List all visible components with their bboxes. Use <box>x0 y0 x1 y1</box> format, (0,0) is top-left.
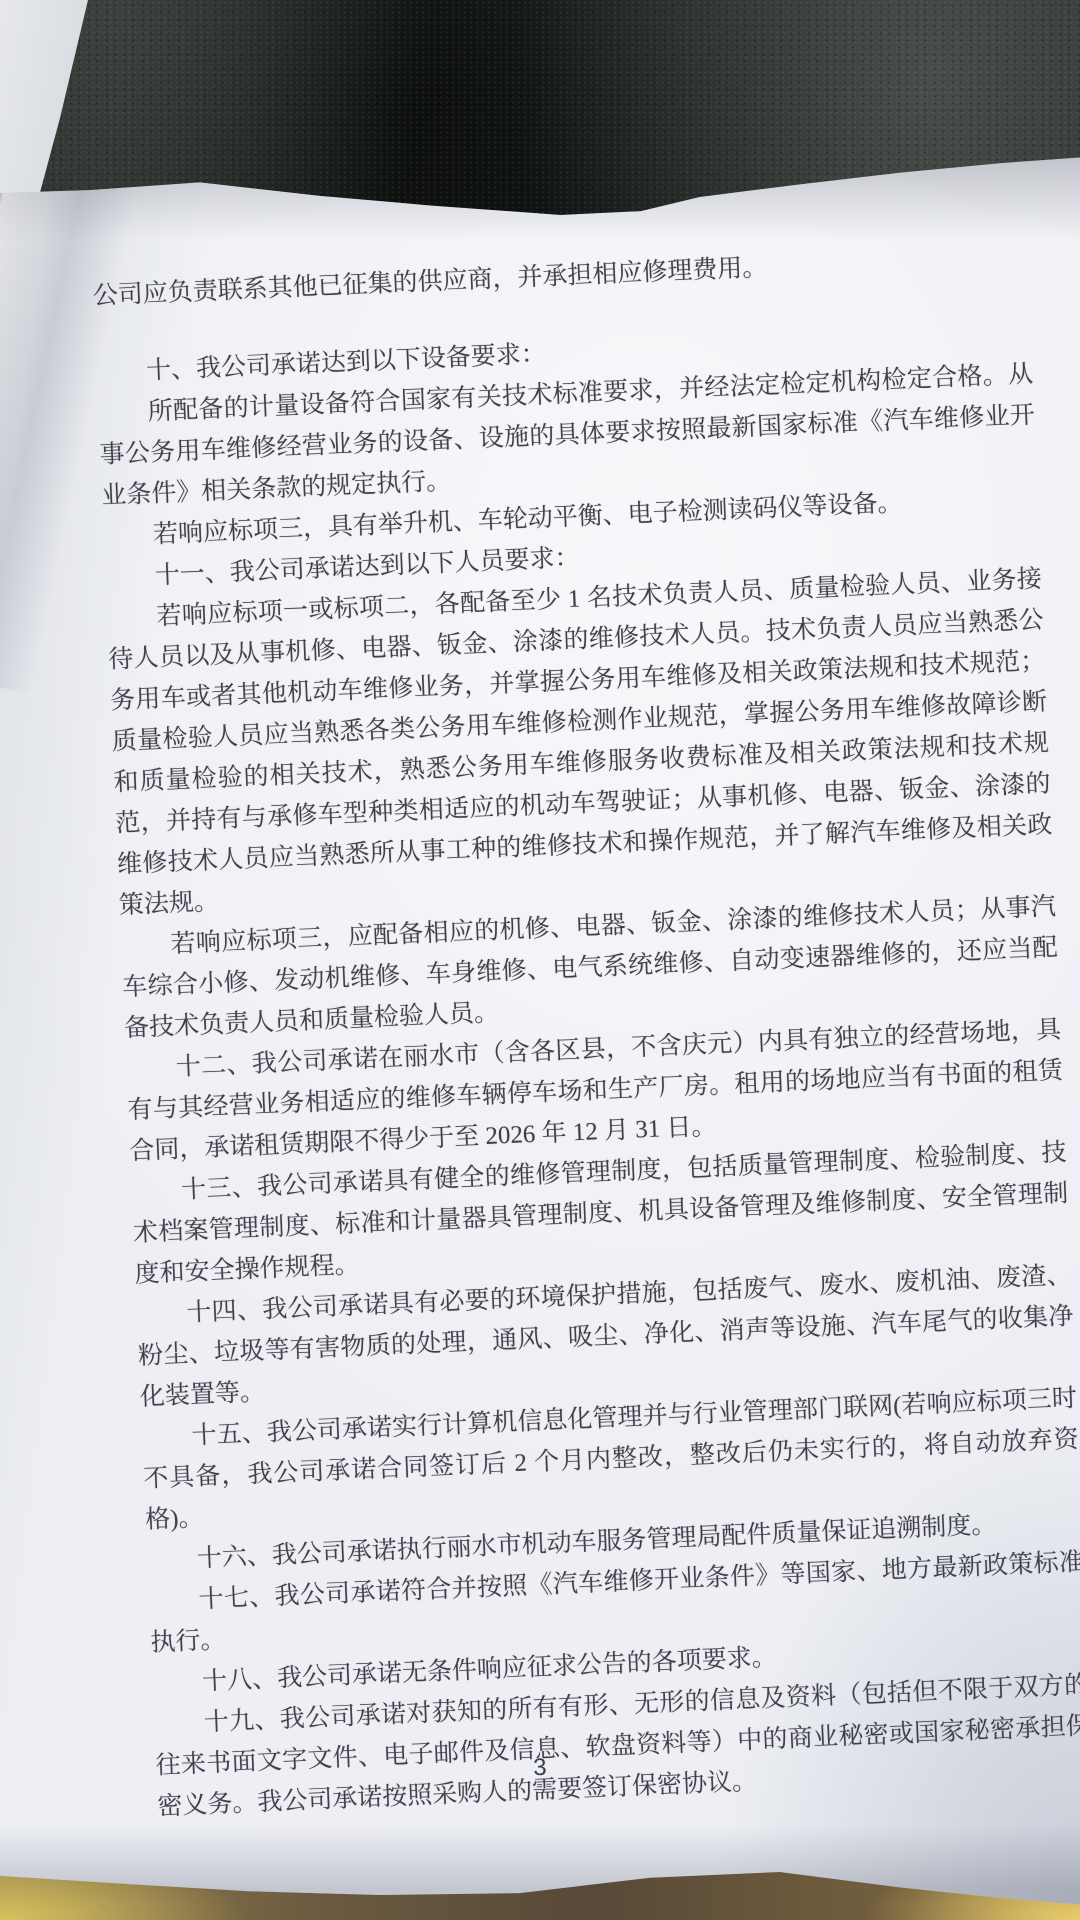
paragraph: 公司应负责联系其他已征集的供应商，并承担相应修理费用。 <box>92 236 1029 317</box>
document-photo: 公司应负责联系其他已征集的供应商，并承担相应修理费用。 十、我公司承诺达到以下设… <box>0 0 1080 1920</box>
paragraph: 若响应标项一或标项二，各配备至少 1 名技术负责人员、质量检验人员、业务接待人员… <box>106 559 1055 927</box>
document-page: 公司应负责联系其他已征集的供应商，并承担相应修理费用。 十、我公司承诺达到以下设… <box>0 0 1080 1920</box>
page-text: 公司应负责联系其他已征集的供应商，并承担相应修理费用。 十、我公司承诺达到以下设… <box>92 236 1080 1828</box>
